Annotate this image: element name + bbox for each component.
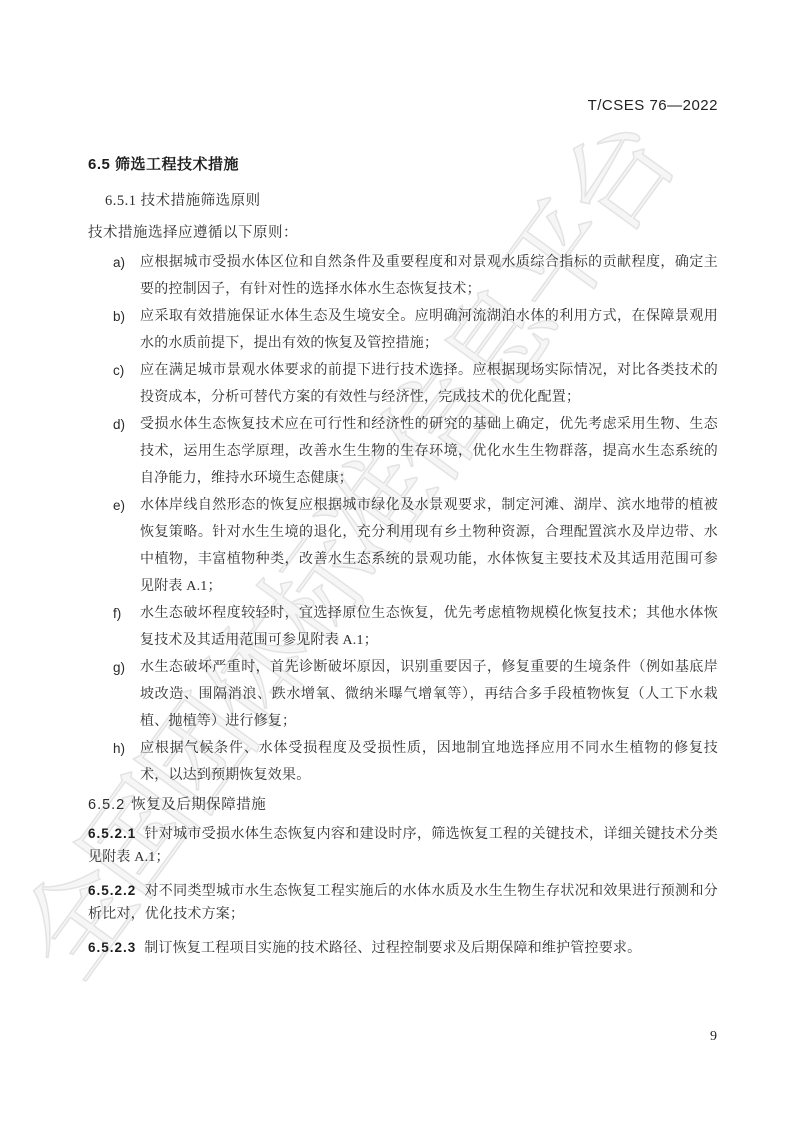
clause-6-5-2-2: 6.5.2.2对不同类型城市水生态恢复工程实施后的水体水质及水生生物生存状况和效…: [88, 879, 718, 926]
list-item-label: f): [88, 600, 140, 654]
clause-6-5-2-1: 6.5.2.1针对城市受损水体生态恢复内容和建设时序，筛选恢复工程的关键技术，详…: [88, 822, 718, 869]
section-6-5-2-number: 6.5.2: [88, 797, 125, 813]
list-item-d: d) 受损水体生态恢复技术应在可行性和经济性的研究的基础上确定，优先考虑采用生物…: [88, 411, 718, 492]
clause-number: 6.5.2.2: [88, 883, 136, 898]
list-item-text: 水生态破坏严重时，首先诊断破坏原因，识别重要因子，修复重要的生境条件（例如基底岸…: [140, 654, 718, 735]
list-item-text: 水体岸线自然形态的恢复应根据城市绿化及水景观要求，制定河滩、湖岸、滨水地带的植被…: [140, 492, 718, 600]
list-item-e: e) 水体岸线自然形态的恢复应根据城市绿化及水景观要求，制定河滩、湖岸、滨水地带…: [88, 492, 718, 600]
list-item-b: b) 应采取有效措施保证水体生态及生境安全。应明确河流湖泊水体的利用方式，在保障…: [88, 303, 718, 357]
page-number: 9: [710, 1029, 717, 1045]
list-item-label: d): [88, 411, 140, 492]
list-item-text: 应采取有效措施保证水体生态及生境安全。应明确河流湖泊水体的利用方式，在保障景观用…: [140, 303, 718, 357]
list-item-label: g): [88, 654, 140, 735]
list-item-c: c) 应在满足城市景观水体要求的前提下进行技术选择。应根据现场实际情况，对比各类…: [88, 357, 718, 411]
section-6-5-1-heading: 6.5.1 技术措施筛选原则: [105, 189, 718, 210]
list-item-text: 应根据气候条件、水体受损程度及受损性质，因地制宜地选择应用不同水生植物的修复技术…: [140, 735, 718, 789]
list-item-text: 应在满足城市景观水体要求的前提下进行技术选择。应根据现场实际情况，对比各类技术的…: [140, 357, 718, 411]
list-item-label: e): [88, 492, 140, 600]
clause-6-5-2-3: 6.5.2.3制订恢复工程项目实施的技术路径、过程控制要求及后期保障和维护管控要…: [88, 936, 718, 960]
list-item-h: h) 应根据气候条件、水体受损程度及受损性质，因地制宜地选择应用不同水生植物的修…: [88, 735, 718, 789]
document-body: 6.5 筛选工程技术措施 6.5.1 技术措施筛选原则 技术措施选择应遵循以下原…: [88, 153, 718, 970]
list-item-a: a) 应根据城市受损水体区位和自然条件及重要程度和对景观水质综合指标的贡献程度，…: [88, 249, 718, 303]
section-6-5-2-heading: 6.5.2恢复及后期保障措施: [88, 793, 718, 814]
section-6-5-heading: 6.5 筛选工程技术措施: [88, 153, 718, 174]
list-item-label: c): [88, 357, 140, 411]
clause-text: 针对城市受损水体生态恢复内容和建设时序，筛选恢复工程的关键技术，详细关键技术分类…: [88, 827, 718, 865]
standard-number-header: T/CSES 76—2022: [588, 97, 718, 114]
list-item-g: g) 水生态破坏严重时，首先诊断破坏原因，识别重要因子，修复重要的生境条件（例如…: [88, 654, 718, 735]
section-6-5-2-title-text: 恢复及后期保障措施: [131, 797, 266, 813]
principles-intro-text: 技术措施选择应遵循以下原则：: [88, 221, 718, 242]
list-item-label: b): [88, 303, 140, 357]
list-item-text: 水生态破坏程度较轻时，宜选择原位生态恢复，优先考虑植物规模化恢复技术；其他水体恢…: [140, 600, 718, 654]
list-item-text: 应根据城市受损水体区位和自然条件及重要程度和对景观水质综合指标的贡献程度，确定主…: [140, 249, 718, 303]
list-item-text: 受损水体生态恢复技术应在可行性和经济性的研究的基础上确定，优先考虑采用生物、生态…: [140, 411, 718, 492]
list-item-label: h): [88, 735, 140, 789]
clause-number: 6.5.2.1: [88, 826, 136, 841]
document-page: 全国团体标准信息平台 T/CSES 76—2022 6.5 筛选工程技术措施 6…: [0, 0, 793, 1123]
clause-text: 对不同类型城市水生态恢复工程实施后的水体水质及水生生物生存状况和效果进行预测和分…: [88, 884, 718, 922]
list-item-label: a): [88, 249, 140, 303]
clause-text: 制订恢复工程项目实施的技术路径、过程控制要求及后期保障和维护管控要求。: [144, 941, 641, 956]
clause-number: 6.5.2.3: [88, 940, 136, 955]
principles-list: a) 应根据城市受损水体区位和自然条件及重要程度和对景观水质综合指标的贡献程度，…: [88, 249, 718, 789]
list-item-f: f) 水生态破坏程度较轻时，宜选择原位生态恢复，优先考虑植物规模化恢复技术；其他…: [88, 600, 718, 654]
